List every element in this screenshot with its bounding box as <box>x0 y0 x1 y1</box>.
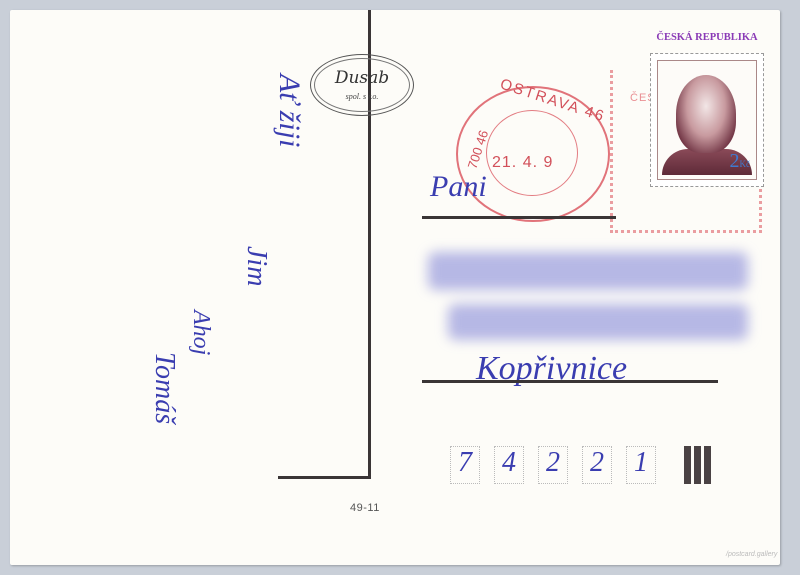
address-line-1 <box>422 216 616 219</box>
divider-foot-line <box>278 476 371 479</box>
postal-digit-box: 2 <box>538 446 568 484</box>
message-line: Ať žiji <box>272 74 306 147</box>
message-signature: Tomáš <box>148 352 180 424</box>
postage-stamp: ČESKÁ REPUBLIKA 2Kč <box>650 53 764 187</box>
postal-code-boxes: 7 4 2 2 1 <box>450 446 656 484</box>
watermark: /postcard.gallery <box>726 551 777 558</box>
stamp-value-number: 2 <box>730 150 740 172</box>
message-line: Ahoj <box>187 310 214 355</box>
postal-digit-box: 7 <box>450 446 480 484</box>
address-line-city <box>422 380 718 383</box>
bar <box>684 446 691 484</box>
bar <box>694 446 701 484</box>
postmark-date: 21. 4. 9 <box>492 154 553 172</box>
address-greeting: Pani <box>430 170 487 204</box>
stamp-value: 2Kč <box>730 150 751 173</box>
stamp-portrait: 2Kč <box>657 60 757 180</box>
publisher-brand: Dusab <box>310 68 414 88</box>
postal-bars <box>684 446 711 484</box>
bar <box>704 446 711 484</box>
stamp-country: ČESKÁ REPUBLIKA <box>651 32 763 43</box>
publisher-subtitle: spol. s r.o. <box>310 92 414 101</box>
postcard-back: Dusab spol. s r.o. 49-11 Ať žiji Jim Aho… <box>10 10 780 565</box>
postal-digit-box: 2 <box>582 446 612 484</box>
postal-digit-box: 1 <box>626 446 656 484</box>
postmark-inner-ring <box>486 110 578 196</box>
blurred-street-line <box>448 304 748 340</box>
message-line: Jim <box>240 246 272 286</box>
blurred-name-line <box>428 252 748 290</box>
blurred-address <box>424 242 758 346</box>
print-code: 49-11 <box>350 502 380 514</box>
stamp-currency: Kč <box>740 159 751 169</box>
publisher-logo: Dusab spol. s r.o. <box>310 54 414 116</box>
postal-digit-box: 4 <box>494 446 524 484</box>
portrait-face <box>676 75 736 153</box>
